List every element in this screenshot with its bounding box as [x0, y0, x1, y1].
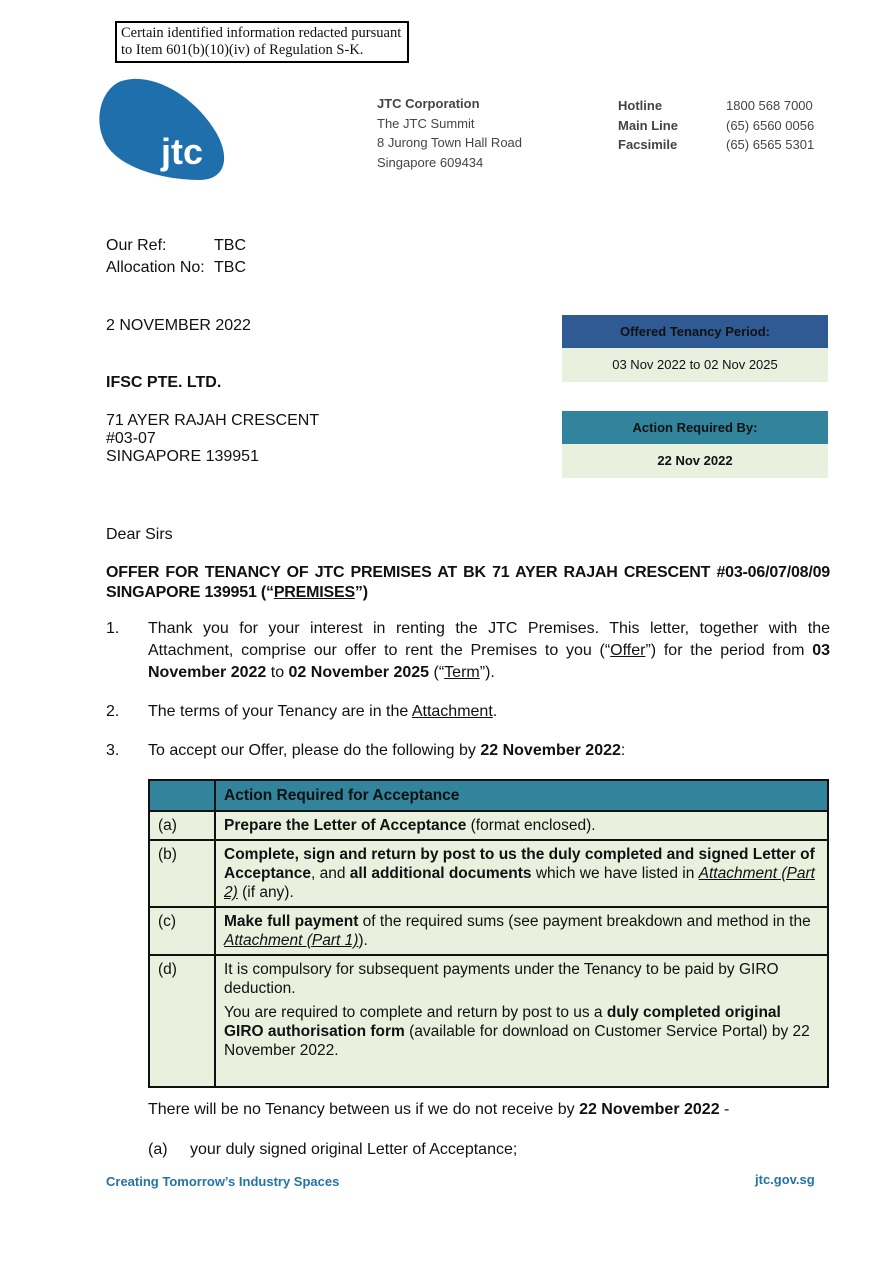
row-label: (a) [149, 811, 215, 840]
paragraph-3: 3. To accept our Offer, please do the fo… [106, 740, 830, 762]
addressee-name: IFSC PTE. LTD. [106, 374, 221, 392]
acceptance-actions-table: Action Required for Acceptance (a) Prepa… [148, 779, 829, 1088]
svg-text:jtc: jtc [160, 131, 203, 172]
ref-label: Our Ref: [106, 235, 214, 257]
defined-term: Offer [610, 642, 645, 659]
header-cell-empty [149, 780, 215, 811]
sub-item-label: (a) [148, 1141, 190, 1159]
reference-block: Our Ref:TBC Allocation No:TBC [106, 235, 246, 279]
defined-term: Term [444, 664, 480, 681]
contact-value: (65) 6565 5301 [726, 135, 814, 155]
ref-value: TBC [214, 235, 246, 257]
redaction-notice: Certain identified information redacted … [115, 21, 409, 63]
box-value: 22 Nov 2022 [562, 444, 828, 478]
row-text: Prepare the Letter of Acceptance (format… [215, 811, 828, 840]
contact-block: Hotline1800 568 7000 Main Line(65) 6560 … [618, 96, 814, 155]
row-label: (b) [149, 840, 215, 907]
paragraph-2: 2. The terms of your Tenancy are in the … [106, 701, 830, 723]
table-row: (b) Complete, sign and return by post to… [149, 840, 828, 907]
sender-name: JTC Corporation [377, 94, 522, 114]
contact-label: Facsimile [618, 135, 726, 155]
para-number: 3. [106, 740, 148, 762]
defined-term: PREMISES [274, 584, 355, 601]
tenancy-period-box: Offered Tenancy Period: 03 Nov 2022 to 0… [562, 315, 828, 382]
ref-value: TBC [214, 257, 246, 279]
para-number: 2. [106, 701, 148, 723]
box-value: 03 Nov 2022 to 02 Nov 2025 [562, 348, 828, 382]
row-text: Make full payment of the required sums (… [215, 907, 828, 955]
address-line: #03-07 [106, 430, 319, 448]
row-label: (d) [149, 955, 215, 1087]
attachment-reference: Attachment [412, 703, 493, 720]
sub-item-text: your duly signed original Letter of Acce… [190, 1141, 517, 1159]
contact-label: Hotline [618, 96, 726, 116]
sender-line: 8 Jurong Town Hall Road [377, 133, 522, 153]
closing-statement: There will be no Tenancy between us if w… [148, 1101, 729, 1119]
letter-date: 2 NOVEMBER 2022 [106, 317, 251, 335]
row-paragraph: It is compulsory for subsequent payments… [224, 960, 819, 998]
sub-item: (a) your duly signed original Letter of … [148, 1141, 517, 1159]
deadline-date: 22 November 2022 [480, 742, 621, 759]
sender-line: Singapore 609434 [377, 153, 522, 173]
end-date: 02 November 2025 [289, 664, 430, 681]
para-number: 1. [106, 618, 148, 684]
subject-text: ”) [355, 584, 368, 601]
row-label: (c) [149, 907, 215, 955]
para-text: Thank you for your interest in renting t… [148, 618, 830, 684]
salutation: Dear Sirs [106, 526, 173, 544]
contact-value: (65) 6560 0056 [726, 116, 814, 136]
address-line: 71 AYER RAJAH CRESCENT [106, 412, 319, 430]
para-text: The terms of your Tenancy are in the Att… [148, 701, 830, 723]
subject-text: OFFER FOR TENANCY OF JTC PREMISES AT BK … [106, 564, 830, 601]
deadline-date: 22 November 2022 [579, 1101, 720, 1118]
attachment-reference: Attachment (Part 1) [224, 932, 358, 949]
action-required-box: Action Required By: 22 Nov 2022 [562, 411, 828, 478]
addressee-address: 71 AYER RAJAH CRESCENT #03-07 SINGAPORE … [106, 412, 319, 466]
row-paragraph: You are required to complete and return … [224, 1003, 819, 1060]
table-row: (d) It is compulsory for subsequent paym… [149, 955, 828, 1087]
contact-value: 1800 568 7000 [726, 96, 813, 116]
box-title: Action Required By: [562, 411, 828, 444]
contact-label: Main Line [618, 116, 726, 136]
subject-heading: OFFER FOR TENANCY OF JTC PREMISES AT BK … [106, 563, 830, 603]
table-row: (a) Prepare the Letter of Acceptance (fo… [149, 811, 828, 840]
header-cell: Action Required for Acceptance [215, 780, 828, 811]
row-text: It is compulsory for subsequent payments… [215, 955, 828, 1087]
sender-line: The JTC Summit [377, 114, 522, 134]
footer-tagline: Creating Tomorrow’s Industry Spaces [106, 1174, 339, 1189]
table-row: (c) Make full payment of the required su… [149, 907, 828, 955]
box-title: Offered Tenancy Period: [562, 315, 828, 348]
row-text: Complete, sign and return by post to us … [215, 840, 828, 907]
footer-website: jtc.gov.sg [755, 1172, 815, 1187]
address-line: SINGAPORE 139951 [106, 448, 319, 466]
sender-block: JTC Corporation The JTC Summit 8 Jurong … [377, 94, 522, 172]
paragraph-1: 1. Thank you for your interest in rentin… [106, 618, 830, 684]
table-header-row: Action Required for Acceptance [149, 780, 828, 811]
jtc-logo-icon: jtc [99, 76, 231, 182]
para-text: To accept our Offer, please do the follo… [148, 740, 830, 762]
ref-label: Allocation No: [106, 257, 214, 279]
